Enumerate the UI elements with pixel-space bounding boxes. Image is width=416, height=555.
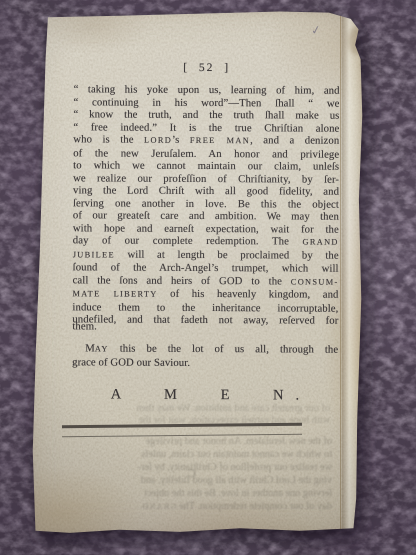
showthrough-line: ſerving one another in love. Be this the… [64,488,332,501]
text-line: MATE LIBERTY of his heavenly kingdom, an… [72,287,338,302]
text-line: call the ſons and heirs of GOD to the CO… [73,274,339,289]
text-line: ving the Lord Chriſt with all good fidel… [73,184,339,198]
text-block: [ 52 ] “ taking his yoke upon us, learni… [74,10,340,11]
text-line: ſound of the Arch-Angel’s trumpet, which… [73,261,339,275]
photo-background: ✓ of our greateſt care and ambition. We … [0,0,416,555]
closing-paragraph: MAY this be the lot of us all, through t… [72,342,338,369]
closing-line: MAY this be the lot of us all, through t… [72,342,338,357]
showthrough-text: of the new Jeruſalem. An honor and privi… [64,436,332,513]
showthrough-line: of our greateſt care and ambition. We ma… [68,403,330,415]
page-fold-edge [340,11,365,529]
showthrough-line: ving the Lord Chriſt with all good fidel… [64,475,332,488]
text-line: of our greateſt care and ambition. We ma… [73,209,339,223]
text-line: JUBILEE will at length be proclaimed by … [73,248,339,263]
amen-text: A M E N. [78,386,344,404]
text-line: day of our complete redemption. The GRAN… [73,234,339,249]
page: ✓ of our greateſt care and ambition. We … [28,11,366,535]
page-wrapper: ✓ of our greateſt care and ambition. We … [28,11,366,535]
showthrough-line: to which we cannot maintain our claim, u… [64,449,332,462]
page-number: [ 52 ] [74,61,340,74]
pencil-check-mark: ✓ [310,22,322,38]
text-line: “ know the truth, and the truth ſhall ma… [73,108,339,122]
body-text: “ taking his yoke upon us, learning of h… [72,83,339,327]
torn-corner [348,27,364,55]
showthrough-line: day of our complete redemption. The GRAN… [64,501,332,514]
double-rule [62,423,302,438]
showthrough-line: we realize our profeſſion of Chriſtianit… [64,462,332,475]
body-last-line: them. [72,320,338,334]
text-line: who is the LORD’s FREE MAN, and a denizo… [73,133,339,148]
text-line: to which we cannot maintain our claim, u… [73,159,339,173]
text-line: “ taking his yoke upon us, learning of h… [74,83,340,97]
showthrough-line: of the new Jeruſalem. An honor and privi… [64,436,332,449]
closing-line: grace of GOD our Saviour. [72,356,338,370]
signature-showthrough: C [188,466,196,481]
